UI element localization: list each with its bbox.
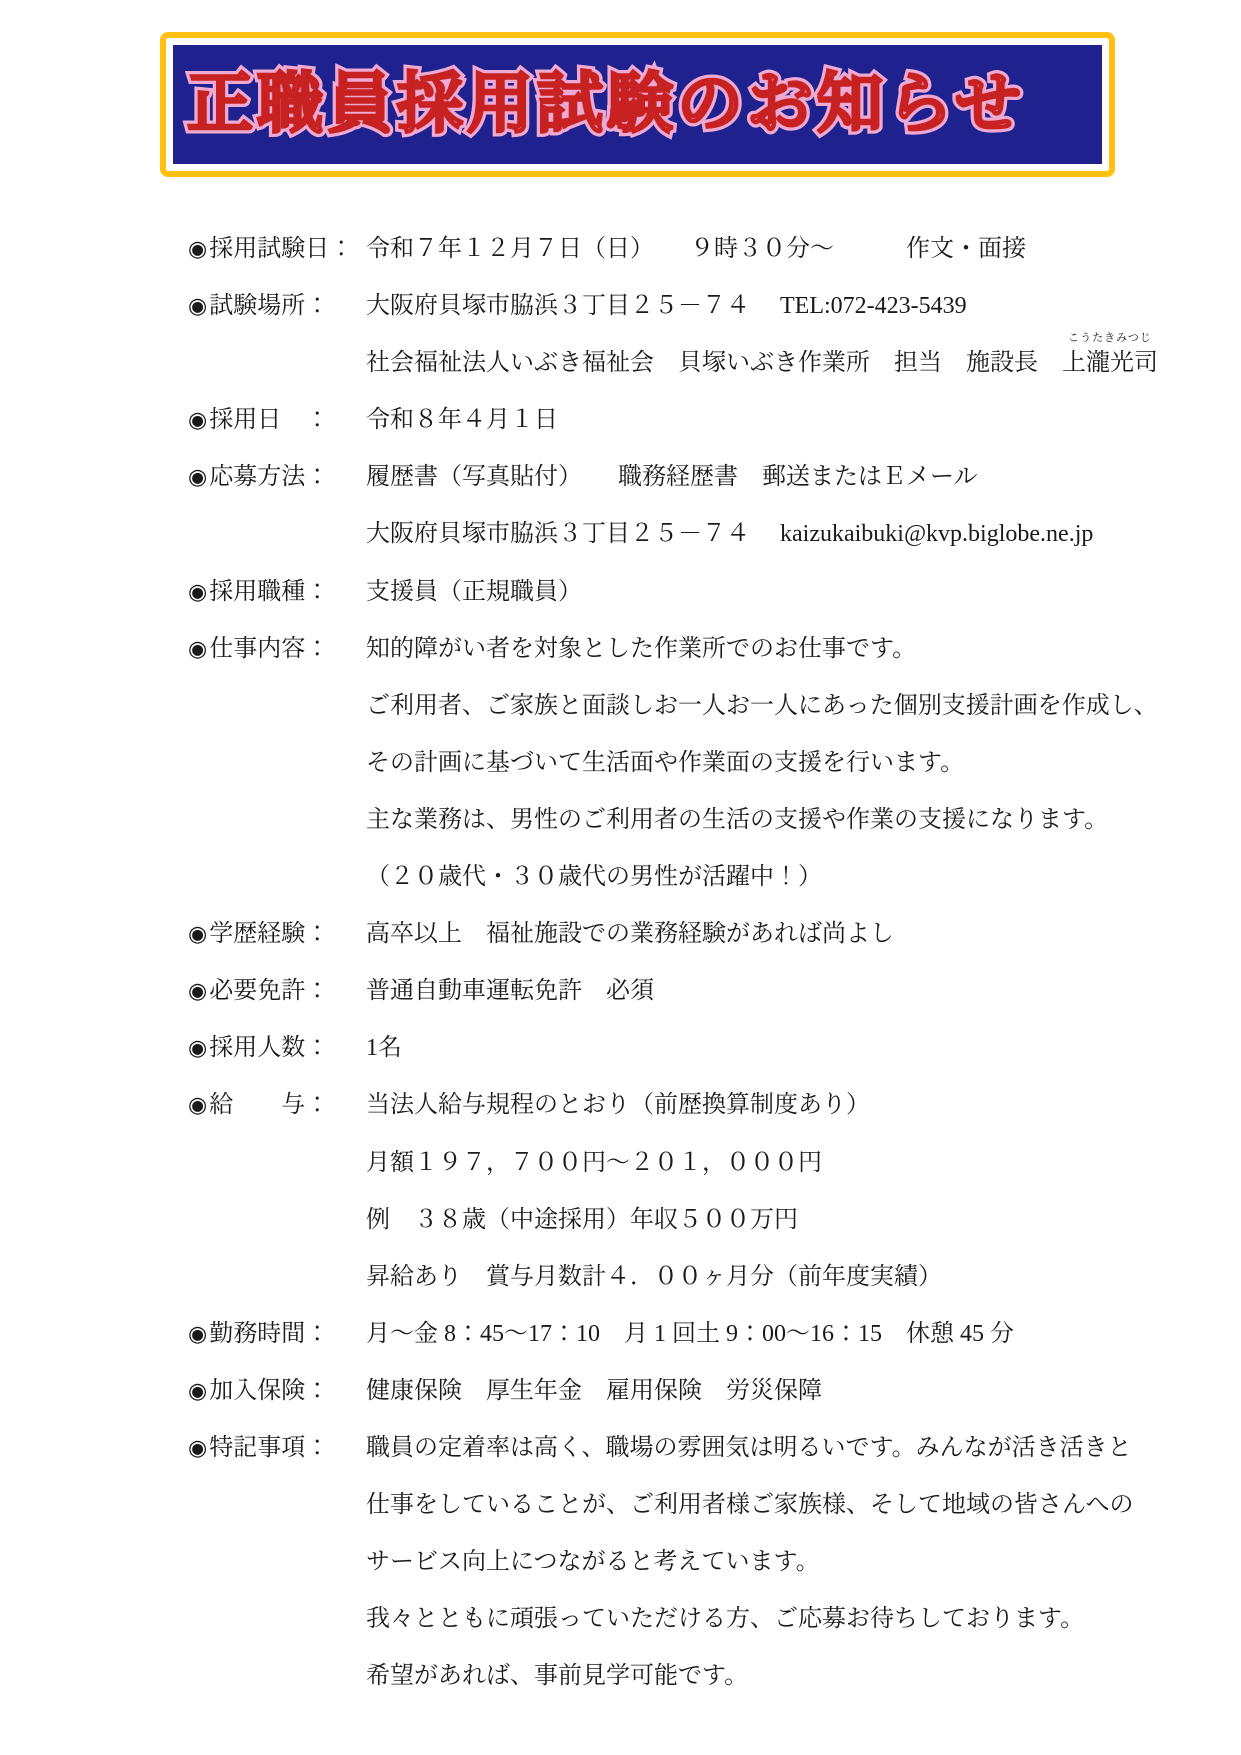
doc-row: ◉仕事内容：知的障がい者を対象とした作業所でのお仕事です。 [188,634,1241,691]
row-text: 履歴書（写真貼付） 職務経歴書 郵送またはＥメール [366,462,978,492]
row-text: 高卒以上 福祉施設での業務経験があれば尚よし [366,919,894,949]
row-label: ◉加入保険： [188,1376,366,1406]
doc-row: ご利用者、ご家族と面談しお一人お一人にあった個別支援計画を作成し、 [188,691,1241,748]
row-label-text: 必要免許： [209,976,329,1006]
bullet-icon: ◉ [188,405,207,435]
bullet-icon: ◉ [188,291,207,321]
notice-banner: 正職員採用試験のお知らせ [160,32,1115,177]
row-label: ◉採用日 ： [188,405,366,435]
doc-row: ◉応募方法：履歴書（写真貼付） 職務経歴書 郵送またはＥメール [188,462,1241,519]
row-text: 例 ３８歳（中途採用）年収５００万円 [366,1205,798,1235]
row-text: 主な業務は、男性のご利用者の生活の支援や作業の支援になります。 [366,805,1108,835]
row-label: ◉仕事内容： [188,634,366,664]
row-text: 大阪府貝塚市脇浜３丁目２５－７４ kaizukaibuki@kvp.biglob… [366,519,1093,549]
doc-row: 我々とともに頑張っていただける方、ご応募お待ちしております。 [188,1604,1241,1661]
row-text: 1名 [366,1033,402,1063]
contact-name: 上瀧光司こうたきみつじ [1062,348,1158,378]
doc-row: 社会福祉法人いぶき福祉会 貝塚いぶき作業所 担当 施設長 上瀧光司こうたきみつじ [188,348,1241,405]
row-label-text: 加入保険： [209,1376,329,1406]
doc-row: （２０歳代・３０歳代の男性が活躍中！） [188,862,1241,919]
row-text: 当法人給与規程のとおり（前歴換算制度あり） [366,1090,870,1120]
row-text: ご利用者、ご家族と面談しお一人お一人にあった個別支援計画を作成し、 [366,691,1158,721]
doc-row: 主な業務は、男性のご利用者の生活の支援や作業の支援になります。 [188,805,1241,862]
row-label-text: 採用日 ： [209,405,329,435]
bullet-icon: ◉ [188,1090,207,1120]
doc-row: 希望があれば、事前見学可能です。 [188,1661,1241,1718]
row-text: 普通自動車運転免許 必須 [366,976,654,1006]
doc-row: 仕事をしていることが、ご利用者様ご家族様、そして地域の皆さんへの [188,1490,1241,1547]
doc-row: ◉加入保険：健康保険 厚生年金 雇用保険 労災保障 [188,1376,1241,1433]
doc-row: ◉必要免許：普通自動車運転免許 必須 [188,976,1241,1033]
doc-row: 月額１９７，７００円～２０１，０００円 [188,1148,1241,1205]
row-label: ◉採用人数： [188,1033,366,1063]
row-text: 昇給あり 賞与月数計４．００ヶ月分（前年度実績） [366,1262,942,1292]
doc-row: ◉学歴経験：高卒以上 福祉施設での業務経験があれば尚よし [188,919,1241,976]
notice-body: ◉採用試験日：令和７年１２月７日（日） ９時３０分～ 作文・面接◉試験場所：大阪… [188,234,1241,1718]
row-label: ◉給 与： [188,1090,366,1120]
row-text: サービス向上につながると考えています。 [366,1547,820,1577]
doc-row: サービス向上につながると考えています。 [188,1547,1241,1604]
row-text: （２０歳代・３０歳代の男性が活躍中！） [366,862,822,892]
row-label: ◉特記事項： [188,1433,366,1463]
doc-row: ◉採用日 ：令和８年４月１日 [188,405,1241,462]
bullet-icon: ◉ [188,462,207,492]
doc-row: 昇給あり 賞与月数計４．００ヶ月分（前年度実績） [188,1262,1241,1319]
bullet-icon: ◉ [188,1433,207,1463]
row-label-text: 採用人数： [209,1033,329,1063]
row-text: 支援員（正規職員） [366,577,582,607]
row-text: 社会福祉法人いぶき福祉会 貝塚いぶき作業所 担当 施設長 上瀧光司こうたきみつじ [366,348,1158,378]
row-label-text: 採用試験日： [209,234,353,264]
bullet-icon: ◉ [188,577,207,607]
row-label-text: 勤務時間： [209,1319,329,1349]
row-label: ◉採用試験日： [188,234,366,264]
row-text: 仕事をしていることが、ご利用者様ご家族様、そして地域の皆さんへの [366,1490,1134,1520]
row-label: ◉採用職種： [188,577,366,607]
row-text: 知的障がい者を対象とした作業所でのお仕事です。 [366,634,916,664]
bullet-icon: ◉ [188,919,207,949]
bullet-icon: ◉ [188,976,207,1006]
ruby-base: 上瀧光司 [1062,350,1158,376]
row-label-text: 試験場所： [209,291,329,321]
row-label: ◉応募方法： [188,462,366,492]
row-label: ◉必要免許： [188,976,366,1006]
row-text: 我々とともに頑張っていただける方、ご応募お待ちしております。 [366,1604,1084,1634]
row-text: 月～金 8：45～17：10 月 1 回土 9：00～16：15 休憩 45 分 [366,1319,1014,1349]
row-label: ◉学歴経験： [188,919,366,949]
doc-row: その計画に基づいて生活面や作業面の支援を行います。 [188,748,1241,805]
furigana-reading: こうたきみつじ [1062,333,1158,344]
doc-row: ◉採用人数：1名 [188,1033,1241,1090]
row-label-text: 学歴経験： [209,919,329,949]
row-label-text: 仕事内容： [209,634,329,664]
bullet-icon: ◉ [188,1319,207,1349]
doc-row: ◉特記事項：職員の定着率は高く、職場の雰囲気は明るいです。みんなが活き活きと [188,1433,1241,1490]
row-text: 大阪府貝塚市脇浜３丁目２５－７４ TEL:072-423-5439 [366,291,967,321]
row-text: 健康保険 厚生年金 雇用保険 労災保障 [366,1376,822,1406]
bullet-icon: ◉ [188,234,207,264]
notice-title: 正職員採用試験のお知らせ [187,72,1025,138]
row-text: 職員の定着率は高く、職場の雰囲気は明るいです。みんなが活き活きと [366,1433,1132,1463]
doc-row: ◉給 与：当法人給与規程のとおり（前歴換算制度あり） [188,1090,1241,1147]
row-text: 希望があれば、事前見学可能です。 [366,1661,748,1691]
notice-banner-panel: 正職員採用試験のお知らせ [173,45,1102,164]
bullet-icon: ◉ [188,1033,207,1063]
row-label: ◉勤務時間： [188,1319,366,1349]
doc-row: ◉採用試験日：令和７年１２月７日（日） ９時３０分～ 作文・面接 [188,234,1241,291]
doc-row: 大阪府貝塚市脇浜３丁目２５－７４ kaizukaibuki@kvp.biglob… [188,519,1241,576]
row-text: 月額１９７，７００円～２０１，０００円 [366,1148,822,1178]
doc-row: ◉採用職種：支援員（正規職員） [188,577,1241,634]
row-label: ◉試験場所： [188,291,366,321]
row-label-text: 特記事項： [209,1433,329,1463]
row-text: 令和７年１２月７日（日） ９時３０分～ 作文・面接 [366,234,1026,264]
row-label-text: 応募方法： [209,462,329,492]
doc-row: 例 ３８歳（中途採用）年収５００万円 [188,1205,1241,1262]
row-label-text: 給 与： [209,1090,329,1120]
row-text: その計画に基づいて生活面や作業面の支援を行います。 [366,748,964,778]
doc-row: ◉勤務時間：月～金 8：45～17：10 月 1 回土 9：00～16：15 休… [188,1319,1241,1376]
bullet-icon: ◉ [188,634,207,664]
row-text: 令和８年４月１日 [366,405,558,435]
bullet-icon: ◉ [188,1376,207,1406]
row-label-text: 採用職種： [209,577,329,607]
